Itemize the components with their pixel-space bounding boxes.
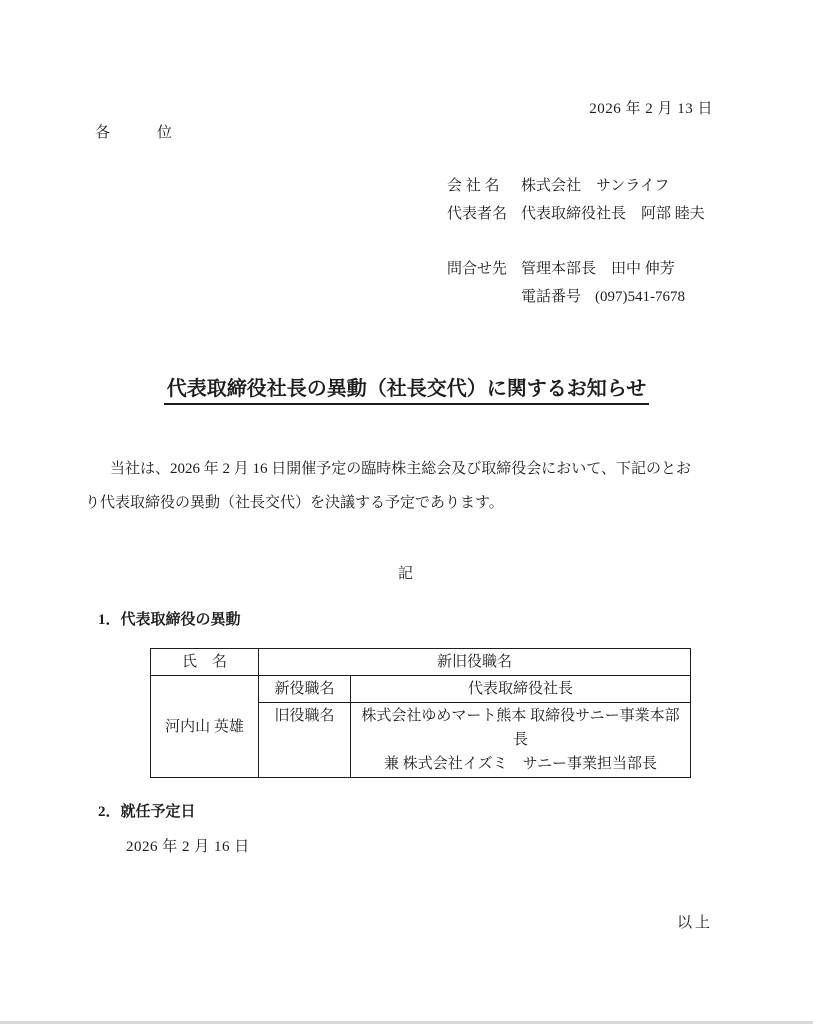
representative-label: 代表者名	[447, 200, 521, 228]
representative-value: 代表取締役社長 阿部 睦夫	[521, 200, 705, 228]
phone-number: (097)541-7678	[595, 283, 685, 311]
phone-label: 電話番号	[521, 283, 581, 311]
notice-marker-ki: 記	[0, 562, 813, 583]
header-name-cell: 氏 名	[151, 649, 259, 676]
old-position-line-1: 株式会社ゆめマート熊本 取締役サニー事業本部長	[355, 704, 686, 752]
body-paragraph-line-2: り代表取締役の異動（社長交代）を決議する予定であります。	[85, 486, 735, 520]
phone-label-spacer	[447, 283, 521, 311]
contact-value: 管理本部長 田中 伸芳	[521, 255, 675, 283]
old-position-value-cell: 株式会社ゆめマート熊本 取締役サニー事業本部長 兼 株式会社イズミ サニー事業担…	[351, 703, 691, 778]
company-name-value: 株式会社 サンライフ	[521, 172, 669, 200]
body-paragraph: 当社は、2026 年 2 月 16 日開催予定の臨時株主総会及び取締役会において…	[85, 452, 735, 520]
table-new-position-row: 河内山 英雄 新役職名 代表取締役社長	[151, 676, 691, 703]
closing-ijou: 以上	[677, 911, 713, 932]
header-positions-cell: 新旧役職名	[259, 649, 691, 676]
body-paragraph-line-1: 当社は、2026 年 2 月 16 日開催予定の臨時株主総会及び取締役会において…	[85, 452, 735, 486]
new-position-value-cell: 代表取締役社長	[351, 676, 691, 703]
officer-change-table: 氏 名 新旧役職名 河内山 英雄 新役職名 代表取締役社長 旧役職名 株式会社ゆ…	[150, 648, 691, 778]
appointment-date: 2026 年 2 月 16 日	[126, 835, 250, 856]
sender-contact-row: 問合せ先 管理本部長 田中 伸芳	[447, 255, 705, 283]
recipient-line: 各 位	[95, 121, 172, 142]
sender-company-row: 会 社 名 株式会社 サンライフ	[447, 172, 705, 200]
table-header-row: 氏 名 新旧役職名	[151, 649, 691, 676]
document-title: 代表取締役社長の異動（社長交代）に関するお知らせ	[0, 372, 813, 401]
old-position-line-2: 兼 株式会社イズミ サニー事業担当部長	[355, 752, 686, 776]
person-name-cell: 河内山 英雄	[151, 676, 259, 778]
document-date: 2026 年 2 月 13 日	[589, 97, 713, 118]
sender-representative-row: 代表者名 代表取締役社長 阿部 睦夫	[447, 200, 705, 228]
contact-label: 問合せ先	[447, 255, 521, 283]
recipient-char-2: 位	[157, 121, 172, 142]
document-title-text: 代表取締役社長の異動（社長交代）に関するお知らせ	[164, 378, 649, 405]
recipient-char-1: 各	[95, 121, 110, 142]
section1-heading: 1．代表取締役の異動	[98, 608, 241, 629]
sender-spacer	[447, 228, 705, 255]
section2-heading: 2．就任予定日	[98, 800, 196, 821]
company-name-label: 会 社 名	[447, 172, 521, 200]
press-release-document: 2026 年 2 月 13 日 各 位 会 社 名 株式会社 サンライフ 代表者…	[0, 0, 813, 1024]
new-position-label-cell: 新役職名	[259, 676, 351, 703]
sender-block: 会 社 名 株式会社 サンライフ 代表者名 代表取締役社長 阿部 睦夫 問合せ先…	[447, 172, 705, 311]
old-position-label-cell: 旧役職名	[259, 703, 351, 778]
sender-phone-row: 電話番号 (097)541-7678	[447, 283, 705, 311]
